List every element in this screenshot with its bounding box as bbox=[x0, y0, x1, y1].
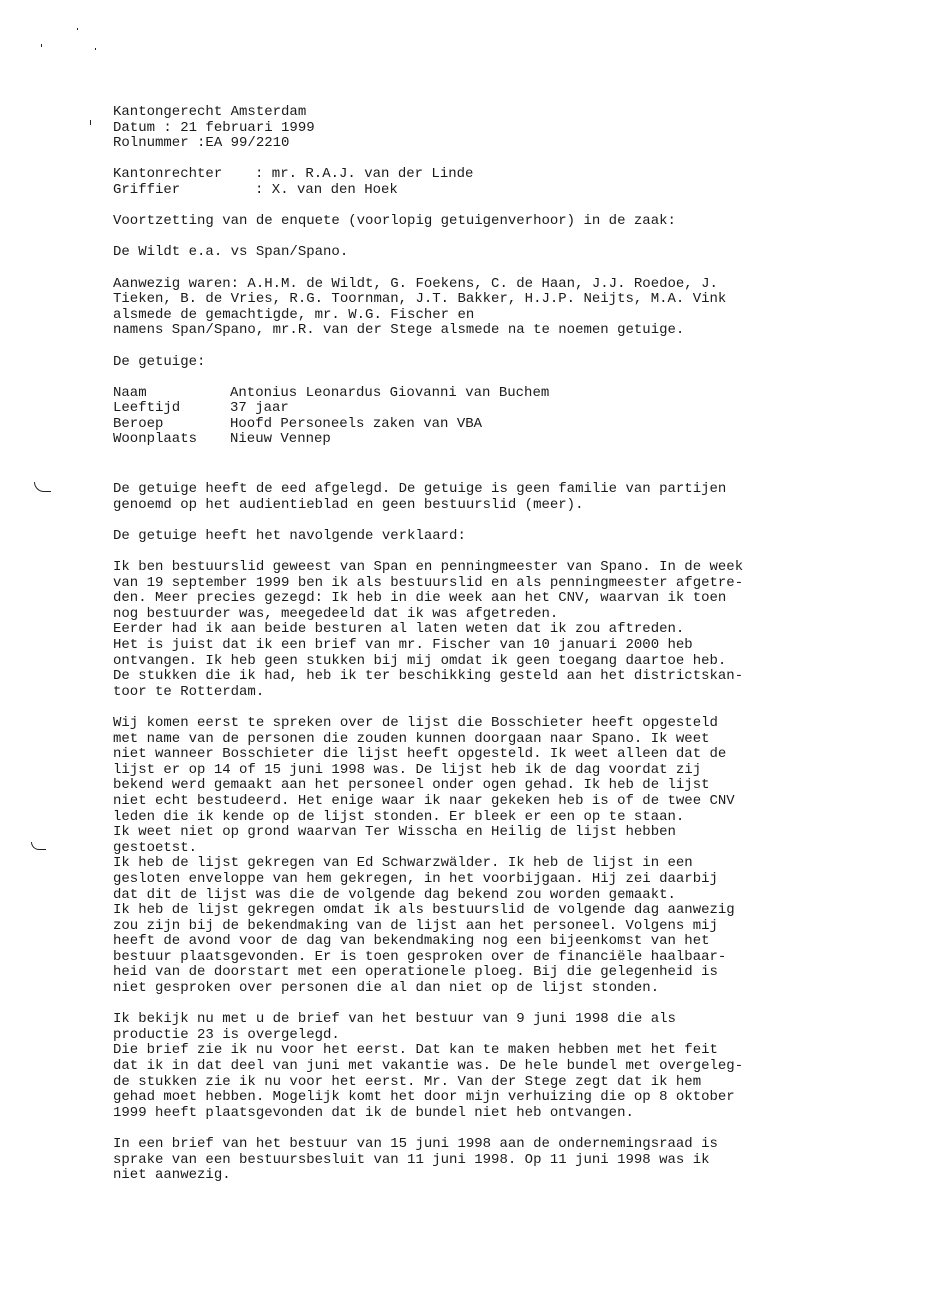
text-line: Aanwezig waren: A.H.M. de Wildt, G. Foek… bbox=[113, 277, 873, 293]
witness-details: Naam Antonius Leonardus Giovanni van Buc… bbox=[113, 386, 873, 448]
text-line: Ik ben bestuurslid geweest van Span en p… bbox=[113, 560, 873, 576]
case-number: Rolnummer :EA 99/2210 bbox=[113, 136, 873, 152]
text-line: genoemd op het audientieblad en geen bes… bbox=[113, 498, 873, 514]
text-line: bestuur plaatsgevonden. Er is toen gespr… bbox=[113, 950, 873, 966]
text-line: dat ik in dat deel van juni met vakantie… bbox=[113, 1059, 873, 1075]
text-line: dat dit de lijst was die de volgende dag… bbox=[113, 888, 873, 904]
official-label: Griffier bbox=[113, 183, 255, 199]
official-row: Griffier : X. van den Hoek bbox=[113, 183, 873, 199]
text-line: namens Span/Spano, mr.R. van der Stege a… bbox=[113, 323, 873, 339]
witness-row: Naam Antonius Leonardus Giovanni van Buc… bbox=[113, 386, 873, 402]
text-line: met name van de personen die zouden kunn… bbox=[113, 732, 873, 748]
text-line: niet wanneer Bosschieter die lijst heeft… bbox=[113, 747, 873, 763]
text-line: heid van de doorstart met een operatione… bbox=[113, 965, 873, 981]
text-line: leden die ik kende op de lijst stonden. … bbox=[113, 810, 873, 826]
official-row: Kantonrechter : mr. R.A.J. van der Linde bbox=[113, 167, 873, 183]
text-line: gesloten enveloppe van hem gekregen, in … bbox=[113, 872, 873, 888]
text-line: gestoetst. bbox=[113, 841, 873, 857]
text-line: productie 23 is overgelegd. bbox=[113, 1028, 873, 1044]
text-line: Ik heb de lijst gekregen omdat ik als be… bbox=[113, 903, 873, 919]
statement-paragraph-4: In een brief van het bestuur van 15 juni… bbox=[113, 1137, 873, 1184]
scan-mark bbox=[34, 482, 51, 492]
statement-paragraph-2: Wij komen eerst te spreken over de lijst… bbox=[113, 716, 873, 997]
witness-row: Woonplaats Nieuw Vennep bbox=[113, 432, 873, 448]
text-line: Eerder had ik aan beide besturen al late… bbox=[113, 622, 873, 638]
witness-heading: De getuige: bbox=[113, 355, 873, 371]
witness-value: Nieuw Vennep bbox=[230, 432, 331, 448]
text-line: niet aanwezig. bbox=[113, 1168, 873, 1184]
case-title: De Wildt e.a. vs Span/Spano. bbox=[113, 245, 873, 261]
scan-speck bbox=[95, 48, 96, 50]
official-label: Kantonrechter bbox=[113, 167, 255, 183]
text-line: den. Meer precies gezegd: Ik heb in die … bbox=[113, 591, 873, 607]
witness-row: Beroep Hoofd Personeels zaken van VBA bbox=[113, 417, 873, 433]
text-line: ontvangen. Ik heb geen stukken bij mij o… bbox=[113, 654, 873, 670]
text-line: lijst er op 14 of 15 juni 1998 was. De l… bbox=[113, 763, 873, 779]
witness-label: Woonplaats bbox=[113, 432, 230, 448]
text-line: nog bestuurder was, meegedeeld dat ik wa… bbox=[113, 607, 873, 623]
text-line: gehad moet hebben. Mogelijk komt het doo… bbox=[113, 1090, 873, 1106]
statement-heading: De getuige heeft het navolgende verklaar… bbox=[113, 529, 873, 545]
text-line: Wij komen eerst te spreken over de lijst… bbox=[113, 716, 873, 732]
text-line: Tieken, B. de Vries, R.G. Toornman, J.T.… bbox=[113, 292, 873, 308]
scan-speck bbox=[90, 120, 91, 125]
text-line: zou zijn bij de bekendmaking van de lijs… bbox=[113, 919, 873, 935]
attendees-paragraph: Aanwezig waren: A.H.M. de Wildt, G. Foek… bbox=[113, 277, 873, 339]
text-line: bekend werd gemaakt aan het personeel on… bbox=[113, 778, 873, 794]
text-line: van 19 september 1999 ben ik als bestuur… bbox=[113, 576, 873, 592]
court-name: Kantongerecht Amsterdam bbox=[113, 105, 873, 121]
text-line: Ik bekijk nu met u de brief van het best… bbox=[113, 1012, 873, 1028]
text-line: niet echt bestudeerd. Het enige waar ik … bbox=[113, 794, 873, 810]
official-value: : mr. R.A.J. van der Linde bbox=[255, 167, 473, 183]
text-line: In een brief van het bestuur van 15 juni… bbox=[113, 1137, 873, 1153]
witness-label: Beroep bbox=[113, 417, 230, 433]
text-line: de stukken zie ik nu voor het eerst. Mr.… bbox=[113, 1075, 873, 1091]
text-line: Ik weet niet op grond waarvan Ter Wissch… bbox=[113, 825, 873, 841]
scan-mark bbox=[31, 842, 46, 850]
text-line: 1999 heeft plaatsgevonden dat ik de bund… bbox=[113, 1106, 873, 1122]
witness-value: Hoofd Personeels zaken van VBA bbox=[230, 417, 482, 433]
intro-text: Voortzetting van de enquete (voorlopig g… bbox=[113, 214, 873, 230]
text-line: alsmede de gemachtigde, mr. W.G. Fischer… bbox=[113, 308, 873, 324]
witness-row: Leeftijd 37 jaar bbox=[113, 401, 873, 417]
text-line: De getuige heeft de eed afgelegd. De get… bbox=[113, 482, 873, 498]
officials-block: Kantonrechter : mr. R.A.J. van der Linde… bbox=[113, 167, 873, 198]
oath-paragraph: De getuige heeft de eed afgelegd. De get… bbox=[113, 482, 873, 513]
text-line: niet gesproken over personen die al dan … bbox=[113, 981, 873, 997]
statement-paragraph-3: Ik bekijk nu met u de brief van het best… bbox=[113, 1012, 873, 1121]
document-header: Kantongerecht Amsterdam Datum : 21 febru… bbox=[113, 105, 873, 152]
witness-value: 37 jaar bbox=[230, 401, 289, 417]
text-line: Ik heb de lijst gekregen van Ed Schwarzw… bbox=[113, 856, 873, 872]
text-line: sprake van een bestuursbesluit van 11 ju… bbox=[113, 1153, 873, 1169]
hearing-date: Datum : 21 februari 1999 bbox=[113, 121, 873, 137]
text-line: Die brief zie ik nu voor het eerst. Dat … bbox=[113, 1043, 873, 1059]
text-line: heeft de avond voor de dag van bekendmak… bbox=[113, 934, 873, 950]
text-line: toor te Rotterdam. bbox=[113, 685, 873, 701]
official-value: : X. van den Hoek bbox=[255, 183, 398, 199]
text-line: De stukken die ik had, heb ik ter beschi… bbox=[113, 669, 873, 685]
witness-value: Antonius Leonardus Giovanni van Buchem bbox=[230, 386, 549, 402]
text-line: Het is juist dat ik een brief van mr. Fi… bbox=[113, 638, 873, 654]
scan-speck bbox=[41, 44, 42, 47]
witness-label: Leeftijd bbox=[113, 401, 230, 417]
witness-label: Naam bbox=[113, 386, 230, 402]
document-page: Kantongerecht Amsterdam Datum : 21 febru… bbox=[113, 105, 873, 1184]
scan-speck bbox=[77, 28, 78, 30]
statement-paragraph-1: Ik ben bestuurslid geweest van Span en p… bbox=[113, 560, 873, 700]
